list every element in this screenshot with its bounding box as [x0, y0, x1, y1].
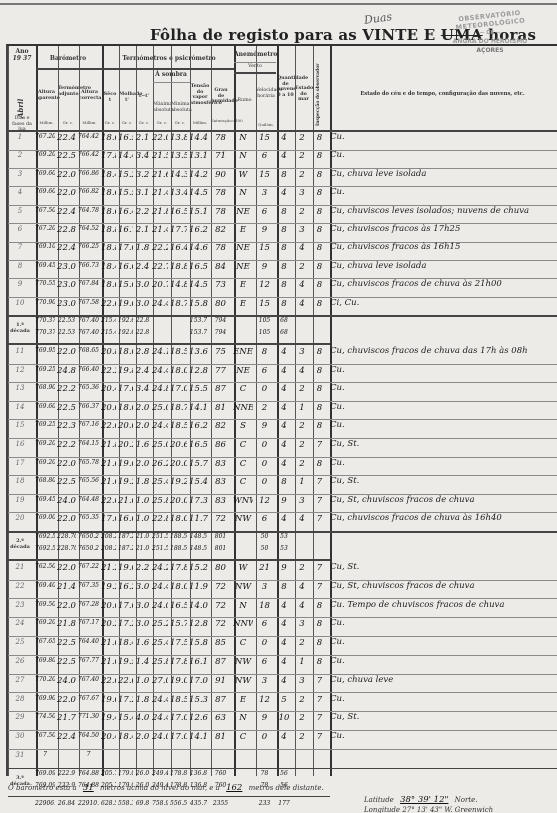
table-cell-m: 16.5	[118, 133, 133, 143]
table-cell-vel: 9	[255, 225, 274, 235]
table-cell-obs: 7	[312, 440, 327, 450]
table-cell-pc: 767.16	[78, 421, 99, 428]
table-cell-obs: 8	[312, 657, 327, 667]
row-rule	[8, 494, 557, 495]
table-cell-rumo: NNW	[233, 619, 253, 629]
day-number: 5	[7, 207, 33, 215]
longitude-value: 27° 13' 43"	[402, 806, 442, 813]
table-cell-s: 19.2	[101, 582, 116, 592]
table-cell-v: 14.2	[189, 170, 208, 180]
table-cell-mar: 1	[294, 477, 310, 487]
table-cell-s: 20.0	[101, 403, 116, 413]
sky-state-remark: Cu.	[330, 420, 345, 430]
table-cell-h: 81	[210, 403, 231, 413]
table-cell-v: 16.1	[189, 657, 208, 667]
table-cell-nuv: 4	[276, 347, 292, 357]
table-cell-nuv: 8	[276, 170, 292, 180]
table-cell-s: 20.0	[101, 601, 116, 611]
table-cell-nuv: 4	[276, 459, 292, 469]
table-cell-obs: 8	[312, 299, 327, 309]
sky-state-remark: Cu, chuviscos fracos às 16h15	[330, 242, 460, 252]
table-cell-t: 24.0	[57, 496, 76, 506]
table-cell-s: 18.6	[101, 188, 116, 198]
table-cell-mar: 3	[294, 619, 310, 629]
table-cell-s: 17.8	[101, 151, 116, 161]
table-cell-pc: 768.65	[78, 347, 99, 354]
decade-cell-mn: 188.5	[170, 533, 187, 540]
decade-cell-p: 7692.50	[35, 533, 55, 540]
sky-state-remark: Cu. Tempo de chuviscos fracos de chuva	[330, 600, 504, 610]
decade-cell-t: 228.70	[57, 533, 76, 540]
table-cell-s: 18.4	[101, 170, 116, 180]
decade-cell-pc: 7650.25	[78, 533, 99, 540]
table-cell-v: 13.1	[189, 151, 208, 161]
table-cell-v: 15.1	[189, 207, 208, 217]
table-cell-t: 23.0	[57, 262, 76, 272]
decade-cell-h: 801	[210, 545, 231, 552]
table-cell-rumo: E	[233, 280, 253, 290]
table-cell-d: 3.0	[135, 299, 150, 309]
day-number: 17	[7, 459, 33, 467]
table-cell-v: 16.2	[189, 225, 208, 235]
table-cell-h: 75	[210, 347, 231, 357]
table-cell-p: 769.20	[35, 151, 55, 158]
table-cell-mn: 15.7	[170, 619, 187, 629]
unit-gr-c: Gr. c.	[58, 120, 78, 125]
table-cell-mn: 19.0	[170, 676, 187, 686]
table-cell-rumo: C	[233, 384, 253, 394]
table-cell-d: 1.0	[135, 676, 150, 686]
table-cell-vel: 2	[255, 403, 274, 413]
table-cell-s: 20.4	[101, 732, 116, 742]
table-cell-rumo: N	[233, 151, 253, 161]
table-cell-p: 769.40	[35, 582, 55, 589]
table-cell-p: 769.45	[35, 262, 55, 269]
table-cell-pc: 764.52	[78, 225, 99, 232]
barometer-distance-value: 162	[222, 783, 246, 793]
table-cell-mx: 22.0	[152, 133, 168, 143]
decade-cell-d: 21.0	[135, 545, 150, 552]
title-prefix: Fôlha de registo para as VINTE E	[150, 26, 435, 44]
table-cell-h: 80	[210, 299, 231, 309]
table-cell-m: 19.8	[118, 366, 133, 376]
table-cell-rumo: C	[233, 459, 253, 469]
table-cell-t: 21.8	[57, 619, 76, 629]
table-cell-h: 72	[210, 601, 231, 611]
table-cell-h: 72	[210, 619, 231, 629]
table-cell-h: 78	[210, 188, 231, 198]
table-cell-mn: 19.2	[170, 477, 187, 487]
total-cell-v: 435.7	[189, 800, 208, 807]
table-cell-mar: 2	[294, 713, 310, 723]
table-cell-v: 14.1	[189, 732, 208, 742]
table-cell-obs: 7	[312, 732, 327, 742]
table-cell-t: 22.0	[57, 601, 76, 611]
difference-header: t−t'	[136, 94, 152, 100]
table-cell-nuv: 10	[276, 713, 292, 723]
table-cell-s: 19.0	[101, 695, 116, 705]
table-cell-p: 768.90	[35, 384, 55, 391]
decade-cell-m: 179.0	[118, 770, 133, 777]
table-cell-d: 3.0	[135, 280, 150, 290]
day-number: 6	[7, 225, 33, 233]
table-cell-obs: 8	[312, 280, 327, 290]
wet-bulb-header: Molhado t'	[119, 92, 135, 103]
table-cell-nuv: 4	[276, 421, 292, 431]
table-cell-pc: 767.17	[78, 619, 99, 626]
min-header: Mínima absoluta	[171, 102, 189, 113]
table-cell-nuv: 4	[276, 514, 292, 524]
table-cell-pc: 767.77	[78, 657, 99, 664]
table-cell-mx: 24.8	[152, 384, 168, 394]
table-cell-v: 14.4	[189, 133, 208, 143]
table-cell-nuv: 8	[276, 477, 292, 487]
decade-cell-v: 136.8	[189, 770, 208, 777]
table-cell-rumo: ENE	[233, 347, 253, 357]
table-cell-mx: 22.8	[152, 514, 168, 524]
decade-cell-vel: 78	[255, 770, 274, 777]
decade-cell-d: 22.8	[135, 329, 150, 336]
table-cell-d: 2.8	[135, 347, 150, 357]
table-cell-vel: 0	[255, 732, 274, 742]
decade-cell-h: 760	[210, 770, 231, 777]
table-cell-rumo: NW	[233, 676, 253, 686]
row-rule	[8, 796, 330, 798]
table-cell-h: 83	[210, 477, 231, 487]
decade-cell-p: 769.090	[35, 770, 55, 777]
table-cell-rumo: C	[233, 732, 253, 742]
table-cell-nuv: 4	[276, 601, 292, 611]
day-number: 30	[7, 732, 33, 740]
table-cell-mar: 3	[294, 496, 310, 506]
table-cell-mn: 18.0	[170, 366, 187, 376]
table-cell-mx: 24.4	[152, 299, 168, 309]
day-number: 15	[7, 421, 33, 429]
table-cell-obs: 8	[312, 170, 327, 180]
table-cell-v: 14.1	[189, 403, 208, 413]
decade-cell-mx: 249.4	[152, 770, 168, 777]
table-cell-rumo: E	[233, 299, 253, 309]
total-cell-h: 2355	[210, 800, 231, 807]
table-cell-vel: 3	[255, 676, 274, 686]
table-cell-h: 72	[210, 582, 231, 592]
table-cell-pc: 765.35	[78, 514, 99, 521]
table-cell-s: 20.8	[101, 347, 116, 357]
table-cell-v: 15.4	[189, 477, 208, 487]
table-cell-nuv: 8	[276, 207, 292, 217]
table-cell-v: 12.8	[189, 366, 208, 376]
table-cell-s: 18.8	[101, 243, 116, 253]
day-number: 18	[7, 477, 33, 485]
table-cell-s: 22.0	[101, 496, 116, 506]
table-cell-vel: 15	[255, 243, 274, 253]
latitude-direction: Norte.	[455, 796, 478, 804]
max-header: Máxima absoluta	[153, 102, 171, 113]
table-cell-p: 770.20	[35, 676, 55, 683]
table-cell-t: 23.0	[57, 280, 76, 290]
decade-cell-m: 187.2	[118, 533, 133, 540]
day-number: 8	[7, 262, 33, 270]
table-cell-vel: 0	[255, 459, 274, 469]
row-rule	[36, 68, 102, 70]
table-cell-t: 21.7	[57, 713, 76, 723]
table-cell-pc: 766.25	[78, 243, 99, 250]
decade-cell-pc: 767.408	[78, 329, 99, 336]
row-rule	[8, 242, 557, 243]
table-cell-m: 14.4	[118, 151, 133, 161]
table-cell-vel: 6	[255, 619, 274, 629]
table-cell-obs: 8	[312, 601, 327, 611]
sky-state-remark: Cu.	[330, 132, 345, 142]
table-cell-v: 16.5	[189, 262, 208, 272]
table-cell-v: 16.5	[189, 440, 208, 450]
row-rule	[153, 82, 190, 83]
year-label: Ano	[10, 49, 34, 55]
table-cell-t: 22.0	[57, 563, 76, 573]
table-cell-mar: 2	[294, 440, 310, 450]
table-cell-t: 22.0	[57, 170, 76, 180]
barometer-note-suffix: metros dêle distante.	[249, 784, 324, 792]
table-cell-m: 15.0	[118, 280, 133, 290]
sky-state-remark: Cu, chuviscos leves isolados; nuvens de …	[330, 206, 529, 216]
sky-state-remark: Cu.	[330, 365, 345, 375]
table-cell-rumo: W	[233, 563, 253, 573]
sky-state-remark: Cu.	[330, 694, 345, 704]
table-cell-m: 17.0	[118, 601, 133, 611]
table-cell-nuv: 8	[276, 262, 292, 272]
table-cell-mx: 24.4	[152, 366, 168, 376]
decade-cell-pc: 7650.25	[78, 545, 99, 552]
sky-state-remark: Cu, St, chuviscos fracos de chuva	[330, 581, 475, 591]
row-rule	[8, 343, 330, 345]
table-cell-m: 20.0	[118, 421, 133, 431]
table-cell-nuv: 4	[276, 619, 292, 629]
sky-state-remark: Cu, St.	[330, 712, 359, 722]
table-cell-t: 22.0	[57, 695, 76, 705]
table-cell-s: 20.2	[101, 619, 116, 629]
table-cell-v: 12.8	[189, 619, 208, 629]
table-cell-mn: 16.5	[170, 207, 187, 217]
table-cell-h: 87	[210, 384, 231, 394]
table-cell-mn: 17.5	[170, 638, 187, 648]
table-cell-s: 21.0	[101, 657, 116, 667]
table-cell-vel: 9	[255, 421, 274, 431]
decade-cell-s: 215.4	[101, 317, 116, 324]
decade-cell-p: 770.375	[35, 317, 55, 324]
table-cell-vel: 6	[255, 151, 274, 161]
table-cell-d: 3.1	[135, 188, 150, 198]
table-cell-v: 14.5	[189, 188, 208, 198]
table-cell-mn: 17.7	[170, 225, 187, 235]
longitude: Longitude 27° 13' 43" W. Greenwich	[364, 806, 493, 813]
table-cell-rumo: N	[233, 188, 253, 198]
table-cell-m: 20.2	[118, 440, 133, 450]
table-cell-mn: 18.5	[170, 421, 187, 431]
table-cell-m: 16.7	[118, 225, 133, 235]
table-cell-t: 22.5	[57, 657, 76, 667]
table-cell-p: 769.25	[35, 366, 55, 373]
unit-gr-c: Gr. c.	[153, 120, 171, 125]
decade-cell-h: 801	[210, 533, 231, 540]
decade-cell-s: 205.7	[101, 770, 116, 777]
table-cell-mar: 1	[294, 403, 310, 413]
table-cell-mx: 24.4	[152, 421, 168, 431]
table-cell-mx: 21.6	[152, 170, 168, 180]
table-cell-pc: 767.58	[78, 299, 99, 306]
row-rule	[8, 617, 557, 618]
day-number: 27	[7, 676, 33, 684]
table-cell-p: 769.45	[35, 496, 55, 503]
table-cell-pc: 764.50	[78, 732, 99, 739]
decade-cell-v: 148.5	[189, 533, 208, 540]
table-cell-rumo: NE	[233, 262, 253, 272]
table-cell-s: 22.0	[101, 421, 116, 431]
day-number: 13	[7, 384, 33, 392]
table-cell-vel: 3	[255, 582, 274, 592]
table-cell-v: 13.6	[189, 347, 208, 357]
decade-cell-mn: 178.8	[170, 770, 187, 777]
table-cell-s: 22.0	[101, 299, 116, 309]
day-number: 31	[7, 751, 33, 759]
table-cell-t: 22.0	[57, 514, 76, 524]
day-number: 11	[7, 347, 33, 355]
table-cell-s: 18.6	[101, 133, 116, 143]
table-cell-m: 17.0	[118, 243, 133, 253]
apparent-height-header: Altura aparente	[36, 90, 57, 101]
table-cell-d: 2.0	[135, 421, 150, 431]
table-cell-mx: 24.4	[152, 713, 168, 723]
sky-state-remark: Cu.	[330, 656, 345, 666]
table-cell-pc: 764.40	[78, 638, 99, 645]
day-number: 19	[7, 496, 33, 504]
table-cell-mar: 2	[294, 563, 310, 573]
decade-cell-nuv: 53	[276, 545, 292, 552]
table-cell-mar: 2	[294, 459, 310, 469]
sky-state-remark: Cu, St, chuviscos fracos de chuva	[330, 495, 475, 505]
sky-state-header: Estado do céu e do tempo, configuração d…	[330, 92, 555, 98]
table-cell-s: 19.4	[101, 713, 116, 723]
table-cell-mx: 24.4	[152, 695, 168, 705]
row-rule	[8, 260, 557, 261]
table-cell-nuv: 4	[276, 638, 292, 648]
row-rule	[8, 223, 557, 224]
decade-cell-h: 794	[210, 317, 231, 324]
table-cell-m: 22.0	[118, 676, 133, 686]
day-number: 4	[7, 188, 33, 196]
table-cell-pc: 765.78	[78, 459, 99, 466]
table-cell-d: 2.4	[135, 366, 150, 376]
table-cell-obs: 7	[312, 713, 327, 723]
table-cell-p: 769.50	[35, 601, 55, 608]
table-cell-s: 18.6	[101, 207, 116, 217]
row-rule	[8, 168, 557, 169]
table-cell-mn: 16.5	[170, 601, 187, 611]
decade-cell-p: 7692.50	[35, 545, 55, 552]
table-cell-d: 3.0	[135, 582, 150, 592]
row-rule	[8, 580, 557, 581]
sky-state-remark: Cu.	[330, 402, 345, 412]
table-cell-pc: 764.78	[78, 207, 99, 214]
table-cell-mar: 3	[294, 188, 310, 198]
table-cell-h: 80	[210, 563, 231, 573]
table-cell-nuv: 4	[276, 657, 292, 667]
table-cell-h: 82	[210, 421, 231, 431]
table-cell-d: 1.0	[135, 514, 150, 524]
latitude-value: 38° 39' 12"	[396, 795, 452, 805]
row-rule	[8, 150, 557, 151]
thermometers-header: Termómetros e psicrómetro	[102, 56, 236, 62]
table-cell-mar: 4	[294, 582, 310, 592]
table-cell-d: 3.4	[135, 151, 150, 161]
table-cell-m: 21.0	[118, 496, 133, 506]
table-cell-v: 17.0	[189, 676, 208, 686]
table-cell-rumo: W	[233, 170, 253, 180]
table-cell-h: 72	[210, 514, 231, 524]
sky-state-remark: Cu, chuviscos fracos de chuva às 16h40	[330, 513, 502, 523]
day-number: 1	[7, 133, 33, 141]
table-cell-mar: 3	[294, 347, 310, 357]
day-number: 23	[7, 601, 33, 609]
table-cell-h: 78	[210, 133, 231, 143]
day-number: 14	[7, 403, 33, 411]
decade-cell-nuv: 68	[276, 317, 292, 324]
table-cell-v: 15.8	[189, 299, 208, 309]
decade-cell-p: 770.375	[35, 329, 55, 336]
table-cell-pc: 767.22	[78, 563, 99, 570]
table-cell-h: 63	[210, 713, 231, 723]
table-cell-mx: 24.1	[152, 347, 168, 357]
sky-state-remark: Cu.	[330, 637, 345, 647]
unit-millim: Millim.	[36, 120, 57, 125]
table-cell-d: 2.0	[135, 403, 150, 413]
table-cell-nuv: 4	[276, 384, 292, 394]
table-cell-mar: 2	[294, 421, 310, 431]
humidity-header: Grau de humidade	[211, 88, 231, 105]
table-cell-vel: 8	[255, 347, 274, 357]
decade-cell-nuv: 56	[276, 770, 292, 777]
table-cell-p: 769.20	[35, 440, 55, 447]
longitude-label: Longitude	[364, 806, 400, 813]
table-cell-pc: 767.28	[78, 601, 99, 608]
table-cell-v: 12.6	[189, 713, 208, 723]
unit-gr-c: Gr. c.	[102, 120, 118, 125]
table-cell-obs: 7	[312, 496, 327, 506]
table-cell-mx: 20.7	[152, 280, 168, 290]
table-cell-d: 3.0	[135, 601, 150, 611]
table-cell-rumo: N	[233, 601, 253, 611]
table-cell-mx: 24.0	[152, 732, 168, 742]
top-edge	[0, 3, 557, 5]
row-rule	[8, 655, 557, 656]
table-cell-t: 24.8	[57, 366, 76, 376]
table-cell-rumo: N	[233, 713, 253, 723]
table-cell-mx: 25.0	[152, 403, 168, 413]
table-cell-t: 21.4	[57, 582, 76, 592]
total-cell-mx: 758.9	[152, 800, 168, 807]
table-cell-pc: 7	[78, 751, 99, 758]
table-cell-h: 78	[210, 243, 231, 253]
day-number: 21	[7, 563, 33, 571]
unit-gr-c: Gr. c.	[119, 120, 135, 125]
decade-cell-vel: 105	[255, 329, 274, 336]
table-cell-t: 22.8	[57, 225, 76, 235]
table-cell-m: 19.5	[118, 657, 133, 667]
day-number: 24	[7, 619, 33, 627]
decade-cell-s: 215.4	[101, 329, 116, 336]
table-cell-nuv: 4	[276, 403, 292, 413]
table-cell-rumo: NE	[233, 243, 253, 253]
day-number: 7	[7, 243, 33, 251]
